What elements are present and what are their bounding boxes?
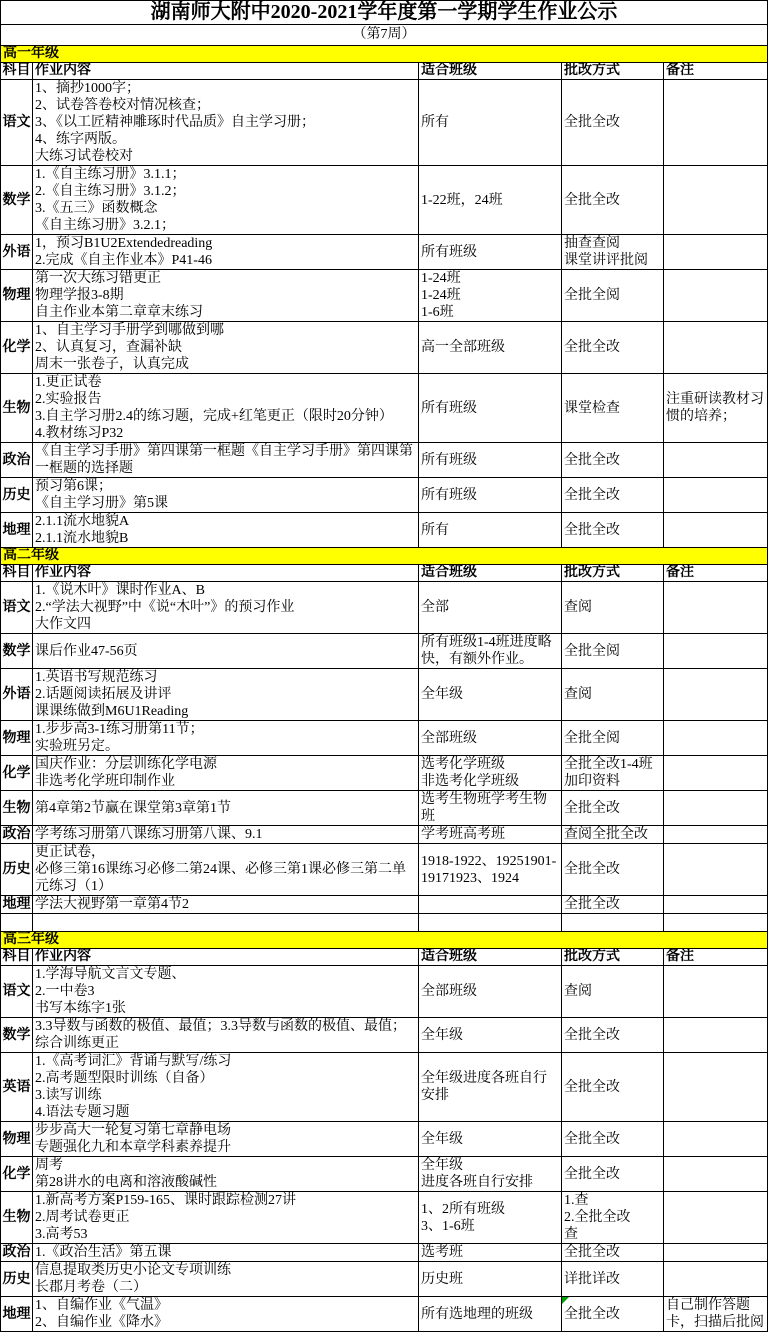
table-row: 物理第一次大练习错更正 物理学报3-8期 自主作业本第二章章末练习1-24班 1… xyxy=(1,270,768,322)
subject-cell: 外语 xyxy=(1,235,33,270)
cell-text: 化学 xyxy=(1,1166,32,1183)
table-row: 地理2.1.1流水地貌A 2.1.1流水地貌B所有全批全改 xyxy=(1,513,768,548)
cell-text: 2.1.1流水地貌A 2.1.1流水地貌B xyxy=(35,513,416,547)
table-row: 外语1，预习B1U2Extendedreading 2.完成《自主作业本》P41… xyxy=(1,235,768,270)
method-cell: 全批全改 xyxy=(562,844,664,896)
cell-text: 《自主学习手册》第四课第一框题《自主学习手册》第四课第一框题的选择题 xyxy=(35,443,416,477)
subject-cell: 生物 xyxy=(1,1192,33,1244)
subject-cell: 物理 xyxy=(1,1122,33,1157)
cell-text: 全批全改 xyxy=(564,339,661,356)
note-cell xyxy=(664,1157,768,1192)
column-header: 备注 xyxy=(664,565,768,582)
subject-cell: 地理 xyxy=(1,1297,33,1332)
cell-text: 物理 xyxy=(1,730,32,747)
cell-text: 全年级 xyxy=(421,686,559,703)
table-row: 历史更正试卷， 必修三第16课练习必修二第24课、必修三第1课必修三第二单元练习… xyxy=(1,844,768,896)
method-cell: 全批全改 xyxy=(562,513,664,548)
column-header: 科目 xyxy=(1,565,33,582)
cell-text: 全批全阅 xyxy=(564,643,661,660)
content-cell: 第一次大练习错更正 物理学报3-8期 自主作业本第二章章末练习 xyxy=(33,270,419,322)
cell-text: 全批全改 xyxy=(564,1166,661,1183)
cell-text: 自己制作答题卡，扫描后批阅 xyxy=(666,1297,765,1331)
column-header: 批改方式 xyxy=(562,63,664,80)
content-cell: 学法大视野第一章第4节2 xyxy=(33,896,419,914)
table-row: 化学国庆作业：分层训练化学电源 非选考化学班印制作业选考化学班级 非选考化学班级… xyxy=(1,756,768,791)
method-cell: 查阅 xyxy=(562,669,664,721)
cell-text: 1.学海导航文言文专题、 2.一中卷3 书写本练字1张 xyxy=(35,966,416,1017)
cell-text: 全批全阅 xyxy=(564,730,661,747)
cell-text: 预习第6课； 《自主学习册》第5课 xyxy=(35,478,416,512)
cell-text: 1918-1922、19251901-19171923、1924 xyxy=(421,853,559,887)
cell-text: 政治 xyxy=(1,452,32,469)
cell-text: 1.《政治生活》第五课 xyxy=(35,1244,416,1261)
cell-text: 1.《说木叶》课时作业A、B 2.“学法大视野”中《说“木叶”》的预习作业 大作… xyxy=(35,582,416,633)
cell-text: 化学 xyxy=(1,765,32,782)
column-header: 作业内容 xyxy=(33,63,419,80)
classes-cell: 全年级进度各班自行安排 xyxy=(419,1053,562,1122)
content-cell: 第4章第2节赢在课堂第3章第1节 xyxy=(33,791,419,826)
cell-text: 所有 xyxy=(421,522,559,539)
note-cell xyxy=(664,914,768,932)
classes-cell: 所有班级1-4班进度略快，有额外作业。 xyxy=(419,634,562,669)
table-row: 历史预习第6课； 《自主学习册》第5课所有班级全批全改 xyxy=(1,478,768,513)
table-row: 物理步步高大一轮复习第七章静电场 专题强化九和本章学科素养提升全年级全批全改 xyxy=(1,1122,768,1157)
classes-cell: 所有 xyxy=(419,80,562,166)
classes-cell: 高一全部班级 xyxy=(419,322,562,374)
content-cell: 1.步步高3-1练习册第11节； 实验班另定。 xyxy=(33,721,419,756)
cell-text: 全年级 xyxy=(421,1131,559,1148)
cell-text: 数学 xyxy=(1,1027,32,1044)
method-cell: 详批详改 xyxy=(562,1262,664,1297)
column-header: 批改方式 xyxy=(562,565,664,582)
cell-text: 所有班级 xyxy=(421,244,559,261)
cell-text: 生物 xyxy=(1,1209,32,1226)
cell-text: 数学 xyxy=(1,643,32,660)
subject-cell: 政治 xyxy=(1,443,33,478)
table-row: 英语1.《高考词汇》背诵与默写/练习 2.高考题型限时训练（自备） 3.读写训练… xyxy=(1,1053,768,1122)
classes-cell: 选考班 xyxy=(419,1244,562,1262)
subject-cell: 化学 xyxy=(1,756,33,791)
cell-text: 生物 xyxy=(1,800,32,817)
table-row: 外语1.英语书写规范练习 2.话题阅读拓展及讲评 课课练做到M6U1Readin… xyxy=(1,669,768,721)
column-header: 作业内容 xyxy=(33,949,419,966)
cell-text: 所有班级1-4班进度略快，有额外作业。 xyxy=(421,634,559,668)
table-row: 数学1.《自主练习册》3.1.1； 2.《自主练习册》3.1.2； 3.《五三》… xyxy=(1,166,768,235)
note-cell xyxy=(664,791,768,826)
classes-cell xyxy=(419,896,562,914)
content-cell: 1.《政治生活》第五课 xyxy=(33,1244,419,1262)
cell-text: 全批全改1-4班 加印资料 xyxy=(564,756,661,790)
classes-cell: 全年级 xyxy=(419,1122,562,1157)
subject-cell: 生物 xyxy=(1,374,33,443)
content-cell: 步步高大一轮复习第七章静电场 专题强化九和本章学科素养提升 xyxy=(33,1122,419,1157)
cell-text: 地理 xyxy=(1,896,32,913)
cell-text: 全年级 xyxy=(421,1027,559,1044)
method-cell: 查阅全批全改 xyxy=(562,826,664,844)
classes-cell: 1918-1922、19251901-19171923、1924 xyxy=(419,844,562,896)
note-cell xyxy=(664,634,768,669)
cell-text: 查阅 xyxy=(564,983,661,1000)
cell-text: 全部 xyxy=(421,599,559,616)
note-cell xyxy=(664,844,768,896)
homework-sheet: 湖南师大附中2020-2021学年度第一学期学生作业公示 （第7周） 高一年级科… xyxy=(0,0,768,1332)
note-cell xyxy=(664,1018,768,1053)
method-cell: 全批全改1-4班 加印资料 xyxy=(562,756,664,791)
table-row: 生物1.更正试卷 2.实验报告 3.自主学习册2.4的练习题，完成+红笔更正（限… xyxy=(1,374,768,443)
method-cell: 全批全改 xyxy=(562,896,664,914)
subject-cell: 政治 xyxy=(1,1244,33,1262)
cell-text: 全批全改 xyxy=(564,487,661,504)
cell-text: 详批详改 xyxy=(564,1271,661,1288)
subject-cell: 历史 xyxy=(1,478,33,513)
method-cell: 1.查 2.全批全改 查 xyxy=(562,1192,664,1244)
cell-text: 1.更正试卷 2.实验报告 3.自主学习册2.4的练习题，完成+红笔更正（限时2… xyxy=(35,374,416,442)
cell-text: 高一全部班级 xyxy=(421,339,559,356)
cell-text: 学考练习册第八课练习册第八课、9.1 xyxy=(35,826,416,843)
classes-cell: 1、2所有班级 3、1-6班 xyxy=(419,1192,562,1244)
column-header: 科目 xyxy=(1,949,33,966)
cell-text: 历史 xyxy=(1,1271,32,1288)
content-cell: 1、自主学习手册学到哪做到哪 2、认真复习，查漏补缺 周末一张卷子，认真完成 xyxy=(33,322,419,374)
method-cell: 全批全改 xyxy=(562,322,664,374)
cell-text: 所有 xyxy=(421,114,559,131)
cell-text: 选考班 xyxy=(421,1244,559,1261)
classes-cell: 选考化学班级 非选考化学班级 xyxy=(419,756,562,791)
note-cell xyxy=(664,235,768,270)
content-cell: 周考 第28讲水的电离和溶液酸碱性 xyxy=(33,1157,419,1192)
subject-cell: 语文 xyxy=(1,80,33,166)
subject-cell xyxy=(1,914,33,932)
note-cell xyxy=(664,80,768,166)
cell-text: 全批全改 xyxy=(564,1027,661,1044)
table-row: 语文1.学海导航文言文专题、 2.一中卷3 书写本练字1张全部班级查阅 xyxy=(1,966,768,1018)
cell-text: 选考生物班学考生物班 xyxy=(421,791,559,825)
cell-comment-indicator xyxy=(562,1297,569,1304)
note-cell xyxy=(664,443,768,478)
content-cell: 2.1.1流水地貌A 2.1.1流水地貌B xyxy=(33,513,419,548)
cell-text: 步步高大一轮复习第七章静电场 专题强化九和本章学科素养提升 xyxy=(35,1122,416,1156)
method-cell: 全批全改 xyxy=(562,1053,664,1122)
cell-text: 查阅 xyxy=(564,599,661,616)
cell-text: 全部班级 xyxy=(421,730,559,747)
cell-text: 历史 xyxy=(1,487,32,504)
cell-text: 语文 xyxy=(1,599,32,616)
classes-cell: 选考生物班学考生物班 xyxy=(419,791,562,826)
cell-text: 全批全改 xyxy=(564,861,661,878)
column-header: 备注 xyxy=(664,63,768,80)
cell-text: 外语 xyxy=(1,244,32,261)
note-cell xyxy=(664,1122,768,1157)
classes-cell: 所有班级 xyxy=(419,235,562,270)
cell-text: 全批全改 xyxy=(564,1244,661,1261)
content-cell: 1、自编作业《气温》 2、自编作业《降水》 xyxy=(33,1297,419,1332)
cell-text: 全批全改 xyxy=(564,1306,661,1323)
subject-cell: 化学 xyxy=(1,1157,33,1192)
cell-text: 第4章第2节赢在课堂第3章第1节 xyxy=(35,800,416,817)
classes-cell: 全部班级 xyxy=(419,966,562,1018)
classes-cell: 历史班 xyxy=(419,1262,562,1297)
page-subtitle: （第7周） xyxy=(1,25,768,46)
cell-text: 语文 xyxy=(1,983,32,1000)
cell-text: 全批全改 xyxy=(564,522,661,539)
note-cell xyxy=(664,478,768,513)
subject-cell: 地理 xyxy=(1,513,33,548)
cell-text: 信息提取类历史小论文专项训练 长郡月考卷（二） xyxy=(35,1262,416,1296)
note-cell xyxy=(664,582,768,634)
cell-text: 所有选地理的班级 xyxy=(421,1306,559,1323)
cell-text: 全批全改 xyxy=(564,896,661,913)
method-cell: 全批全改 xyxy=(562,478,664,513)
cell-text: 生物 xyxy=(1,400,32,417)
column-header: 批改方式 xyxy=(562,949,664,966)
cell-text: 全批全改 xyxy=(564,192,661,209)
cell-text: 全年级 进度各班自行安排 xyxy=(421,1157,559,1191)
note-cell xyxy=(664,1244,768,1262)
note-cell xyxy=(664,1053,768,1122)
cell-text: 选考化学班级 非选考化学班级 xyxy=(421,756,559,790)
content-cell: 国庆作业：分层训练化学电源 非选考化学班印制作业 xyxy=(33,756,419,791)
classes-cell xyxy=(419,914,562,932)
cell-text: 地理 xyxy=(1,1306,32,1323)
method-cell: 全批全改 xyxy=(562,1244,664,1262)
content-cell: 1.《高考词汇》背诵与默写/练习 2.高考题型限时训练（自备） 3.读写训练 4… xyxy=(33,1053,419,1122)
classes-cell: 所有班级 xyxy=(419,374,562,443)
cell-text: 课堂检查 xyxy=(564,400,661,417)
content-cell: 信息提取类历史小论文专项训练 长郡月考卷（二） xyxy=(33,1262,419,1297)
subject-cell: 生物 xyxy=(1,791,33,826)
cell-text: 全批全改 xyxy=(564,1131,661,1148)
cell-text: 物理 xyxy=(1,287,32,304)
table-row: 地理学法大视野第一章第4节2全批全改 xyxy=(1,896,768,914)
content-cell: 学考练习册第八课练习册第八课、9.1 xyxy=(33,826,419,844)
method-cell: 查阅 xyxy=(562,966,664,1018)
subject-cell: 政治 xyxy=(1,826,33,844)
table-row: 数学3.3导数与函数的极值、最值；3.3导数与函数的极值、最值； 综合训练更正全… xyxy=(1,1018,768,1053)
table-row: 语文1、摘抄1000字； 2、试卷答卷校对情况核查； 3、《以工匠精神雕琢时代品… xyxy=(1,80,768,166)
cell-text: 全批全改 xyxy=(564,1079,661,1096)
content-cell: 《自主学习手册》第四课第一框题《自主学习手册》第四课第一框题的选择题 xyxy=(33,443,419,478)
cell-text: 查阅 xyxy=(564,686,661,703)
cell-text: 历史 xyxy=(1,861,32,878)
note-cell: 自己制作答题卡，扫描后批阅 xyxy=(664,1297,768,1332)
cell-text: 地理 xyxy=(1,522,32,539)
cell-text: 国庆作业：分层训练化学电源 非选考化学班印制作业 xyxy=(35,756,416,790)
subject-cell: 数学 xyxy=(1,1018,33,1053)
subject-cell: 化学 xyxy=(1,322,33,374)
table-row: 政治《自主学习手册》第四课第一框题《自主学习手册》第四课第一框题的选择题所有班级… xyxy=(1,443,768,478)
cell-text: 1，预习B1U2Extendedreading 2.完成《自主作业本》P41-4… xyxy=(35,235,416,269)
column-header: 备注 xyxy=(664,949,768,966)
note-cell xyxy=(664,669,768,721)
content-cell: 课后作业47-56页 xyxy=(33,634,419,669)
method-cell: 全批全改 xyxy=(562,1018,664,1053)
cell-text: 全年级进度各班自行安排 xyxy=(421,1070,559,1104)
cell-text: 1.《自主练习册》3.1.1； 2.《自主练习册》3.1.2； 3.《五三》函数… xyxy=(35,166,416,234)
table-row: 历史信息提取类历史小论文专项训练 长郡月考卷（二）历史班详批详改 xyxy=(1,1262,768,1297)
subject-cell: 历史 xyxy=(1,844,33,896)
cell-text: 1.《高考词汇》背诵与默写/练习 2.高考题型限时训练（自备） 3.读写训练 4… xyxy=(35,1053,416,1121)
table-row: 化学周考 第28讲水的电离和溶液酸碱性全年级 进度各班自行安排全批全改 xyxy=(1,1157,768,1192)
table-row: 物理1.步步高3-1练习册第11节； 实验班另定。全部班级全批全阅 xyxy=(1,721,768,756)
subject-cell: 物理 xyxy=(1,270,33,322)
method-cell xyxy=(562,914,664,932)
content-cell: 1.《自主练习册》3.1.1； 2.《自主练习册》3.1.2； 3.《五三》函数… xyxy=(33,166,419,235)
cell-text: 语文 xyxy=(1,114,32,131)
content-cell: 更正试卷， 必修三第16课练习必修二第24课、必修三第1课必修三第二单元练习（1… xyxy=(33,844,419,896)
cell-text: 查阅全批全改 xyxy=(564,826,661,843)
subject-cell: 地理 xyxy=(1,896,33,914)
note-cell xyxy=(664,756,768,791)
classes-cell: 所有选地理的班级 xyxy=(419,1297,562,1332)
cell-text: 1、自编作业《气温》 2、自编作业《降水》 xyxy=(35,1297,416,1331)
subject-cell: 物理 xyxy=(1,721,33,756)
cell-text: 历史班 xyxy=(421,1271,559,1288)
cell-text: 全批全改 xyxy=(564,800,661,817)
table-row xyxy=(1,914,768,932)
cell-text: 全批全阅 xyxy=(564,287,661,304)
cell-text: 课后作业47-56页 xyxy=(35,643,416,660)
table-row: 语文1.《说木叶》课时作业A、B 2.“学法大视野”中《说“木叶”》的预习作业 … xyxy=(1,582,768,634)
cell-text: 1、2所有班级 3、1-6班 xyxy=(421,1201,559,1235)
page-title: 湖南师大附中2020-2021学年度第一学期学生作业公示 xyxy=(1,1,768,25)
note-cell xyxy=(664,896,768,914)
note-cell xyxy=(664,1262,768,1297)
classes-cell: 所有班级 xyxy=(419,478,562,513)
cell-text: 1.步步高3-1练习册第11节； 实验班另定。 xyxy=(35,721,416,755)
note-cell: 注重研读教材习惯的培养； xyxy=(664,374,768,443)
section-header: 高一年级 xyxy=(1,46,768,63)
table-row: 政治1.《政治生活》第五课选考班全批全改 xyxy=(1,1244,768,1262)
method-cell: 全批全改 xyxy=(562,1122,664,1157)
cell-text: 1、摘抄1000字； 2、试卷答卷校对情况核查； 3、《以工匠精神雕琢时代品质》… xyxy=(35,80,416,165)
cell-text: 1.查 2.全批全改 查 xyxy=(564,1192,661,1243)
classes-cell: 全年级 xyxy=(419,669,562,721)
method-cell: 全批全阅 xyxy=(562,634,664,669)
cell-text: 更正试卷， 必修三第16课练习必修二第24课、必修三第1课必修三第二单元练习（1… xyxy=(35,844,416,895)
table-row: 化学1、自主学习手册学到哪做到哪 2、认真复习，查漏补缺 周末一张卷子，认真完成… xyxy=(1,322,768,374)
method-cell: 查阅 xyxy=(562,582,664,634)
subject-cell: 数学 xyxy=(1,634,33,669)
method-cell: 全批全改 xyxy=(562,1297,664,1332)
content-cell: 1.《说木叶》课时作业A、B 2.“学法大视野”中《说“木叶”》的预习作业 大作… xyxy=(33,582,419,634)
cell-text: 全批全改 xyxy=(564,114,661,131)
subject-cell: 历史 xyxy=(1,1262,33,1297)
content-cell xyxy=(33,914,419,932)
note-cell xyxy=(664,322,768,374)
content-cell: 1，预习B1U2Extendedreading 2.完成《自主作业本》P41-4… xyxy=(33,235,419,270)
cell-text: 所有班级 xyxy=(421,487,559,504)
cell-text: 1、自主学习手册学到哪做到哪 2、认真复习，查漏补缺 周末一张卷子，认真完成 xyxy=(35,322,416,373)
method-cell: 全批全阅 xyxy=(562,270,664,322)
content-cell: 1.学海导航文言文专题、 2.一中卷3 书写本练字1张 xyxy=(33,966,419,1018)
cell-text: 政治 xyxy=(1,826,32,843)
column-header: 适合班级 xyxy=(419,565,562,582)
table-row: 生物1.新高考方案P159-165、课时跟踪检测27讲 2.周考试卷更正 3.高… xyxy=(1,1192,768,1244)
content-cell: 1.英语书写规范练习 2.话题阅读拓展及讲评 课课练做到M6U1Reading xyxy=(33,669,419,721)
cell-text: 3.3导数与函数的极值、最值；3.3导数与函数的极值、最值； 综合训练更正 xyxy=(35,1018,416,1052)
cell-text: 外语 xyxy=(1,686,32,703)
method-cell: 全批全改 xyxy=(562,1157,664,1192)
content-cell: 1.更正试卷 2.实验报告 3.自主学习册2.4的练习题，完成+红笔更正（限时2… xyxy=(33,374,419,443)
table-row: 数学课后作业47-56页所有班级1-4班进度略快，有额外作业。全批全阅 xyxy=(1,634,768,669)
content-cell: 1、摘抄1000字； 2、试卷答卷校对情况核查； 3、《以工匠精神雕琢时代品质》… xyxy=(33,80,419,166)
cell-text: 1-22班，24班 xyxy=(421,192,559,209)
note-cell xyxy=(664,513,768,548)
method-cell: 全批全改 xyxy=(562,80,664,166)
cell-text: 所有班级 xyxy=(421,400,559,417)
subject-cell: 数学 xyxy=(1,166,33,235)
classes-cell: 全部班级 xyxy=(419,721,562,756)
note-cell xyxy=(664,966,768,1018)
classes-cell: 学考班高考班 xyxy=(419,826,562,844)
subject-cell: 外语 xyxy=(1,669,33,721)
cell-text: 全批全改 xyxy=(564,452,661,469)
classes-cell: 所有 xyxy=(419,513,562,548)
method-cell: 全批全改 xyxy=(562,443,664,478)
method-cell: 课堂检查 xyxy=(562,374,664,443)
column-header: 适合班级 xyxy=(419,949,562,966)
cell-text: 物理 xyxy=(1,1131,32,1148)
method-cell: 抽查查阅 课堂讲评批阅 xyxy=(562,235,664,270)
cell-text: 化学 xyxy=(1,339,32,356)
cell-text: 1-24班 1-24班 1-6班 xyxy=(421,270,559,321)
cell-text: 英语 xyxy=(1,1079,32,1096)
cell-text: 全部班级 xyxy=(421,983,559,1000)
content-cell: 预习第6课； 《自主学习册》第5课 xyxy=(33,478,419,513)
cell-text: 抽查查阅 课堂讲评批阅 xyxy=(564,235,661,269)
table-row: 政治学考练习册第八课练习册第八课、9.1学考班高考班查阅全批全改 xyxy=(1,826,768,844)
note-cell xyxy=(664,1192,768,1244)
note-cell xyxy=(664,166,768,235)
cell-text: 学法大视野第一章第4节2 xyxy=(35,896,416,913)
cell-text: 政治 xyxy=(1,1244,32,1261)
section-header: 高三年级 xyxy=(1,932,768,949)
table-row: 地理1、自编作业《气温》 2、自编作业《降水》所有选地理的班级全批全改自己制作答… xyxy=(1,1297,768,1332)
classes-cell: 全年级 进度各班自行安排 xyxy=(419,1157,562,1192)
cell-text: 数学 xyxy=(1,192,32,209)
column-header: 适合班级 xyxy=(419,63,562,80)
method-cell: 全批全阅 xyxy=(562,721,664,756)
subject-cell: 英语 xyxy=(1,1053,33,1122)
column-header: 作业内容 xyxy=(33,565,419,582)
content-cell: 1.新高考方案P159-165、课时跟踪检测27讲 2.周考试卷更正 3.高考5… xyxy=(33,1192,419,1244)
note-cell xyxy=(664,826,768,844)
section-header: 高二年级 xyxy=(1,548,768,565)
column-header: 科目 xyxy=(1,63,33,80)
classes-cell: 全年级 xyxy=(419,1018,562,1053)
classes-cell: 全部 xyxy=(419,582,562,634)
cell-text: 注重研读教材习惯的培养； xyxy=(666,391,765,425)
method-cell: 全批全改 xyxy=(562,166,664,235)
classes-cell: 1-24班 1-24班 1-6班 xyxy=(419,270,562,322)
cell-text: 1.英语书写规范练习 2.话题阅读拓展及讲评 课课练做到M6U1Reading xyxy=(35,669,416,720)
classes-cell: 所有班级 xyxy=(419,443,562,478)
method-cell: 全批全改 xyxy=(562,791,664,826)
note-cell xyxy=(664,270,768,322)
content-cell: 3.3导数与函数的极值、最值；3.3导数与函数的极值、最值； 综合训练更正 xyxy=(33,1018,419,1053)
cell-text: 学考班高考班 xyxy=(421,826,559,843)
cell-text: 1.新高考方案P159-165、课时跟踪检测27讲 2.周考试卷更正 3.高考5… xyxy=(35,1192,416,1243)
subject-cell: 语文 xyxy=(1,966,33,1018)
note-cell xyxy=(664,721,768,756)
table-row: 生物第4章第2节赢在课堂第3章第1节选考生物班学考生物班全批全改 xyxy=(1,791,768,826)
classes-cell: 1-22班，24班 xyxy=(419,166,562,235)
cell-text: 第一次大练习错更正 物理学报3-8期 自主作业本第二章章末练习 xyxy=(35,270,416,321)
homework-table: 湖南师大附中2020-2021学年度第一学期学生作业公示 （第7周） 高一年级科… xyxy=(0,0,768,1332)
cell-text: 周考 第28讲水的电离和溶液酸碱性 xyxy=(35,1157,416,1191)
subject-cell: 语文 xyxy=(1,582,33,634)
cell-text: 所有班级 xyxy=(421,452,559,469)
